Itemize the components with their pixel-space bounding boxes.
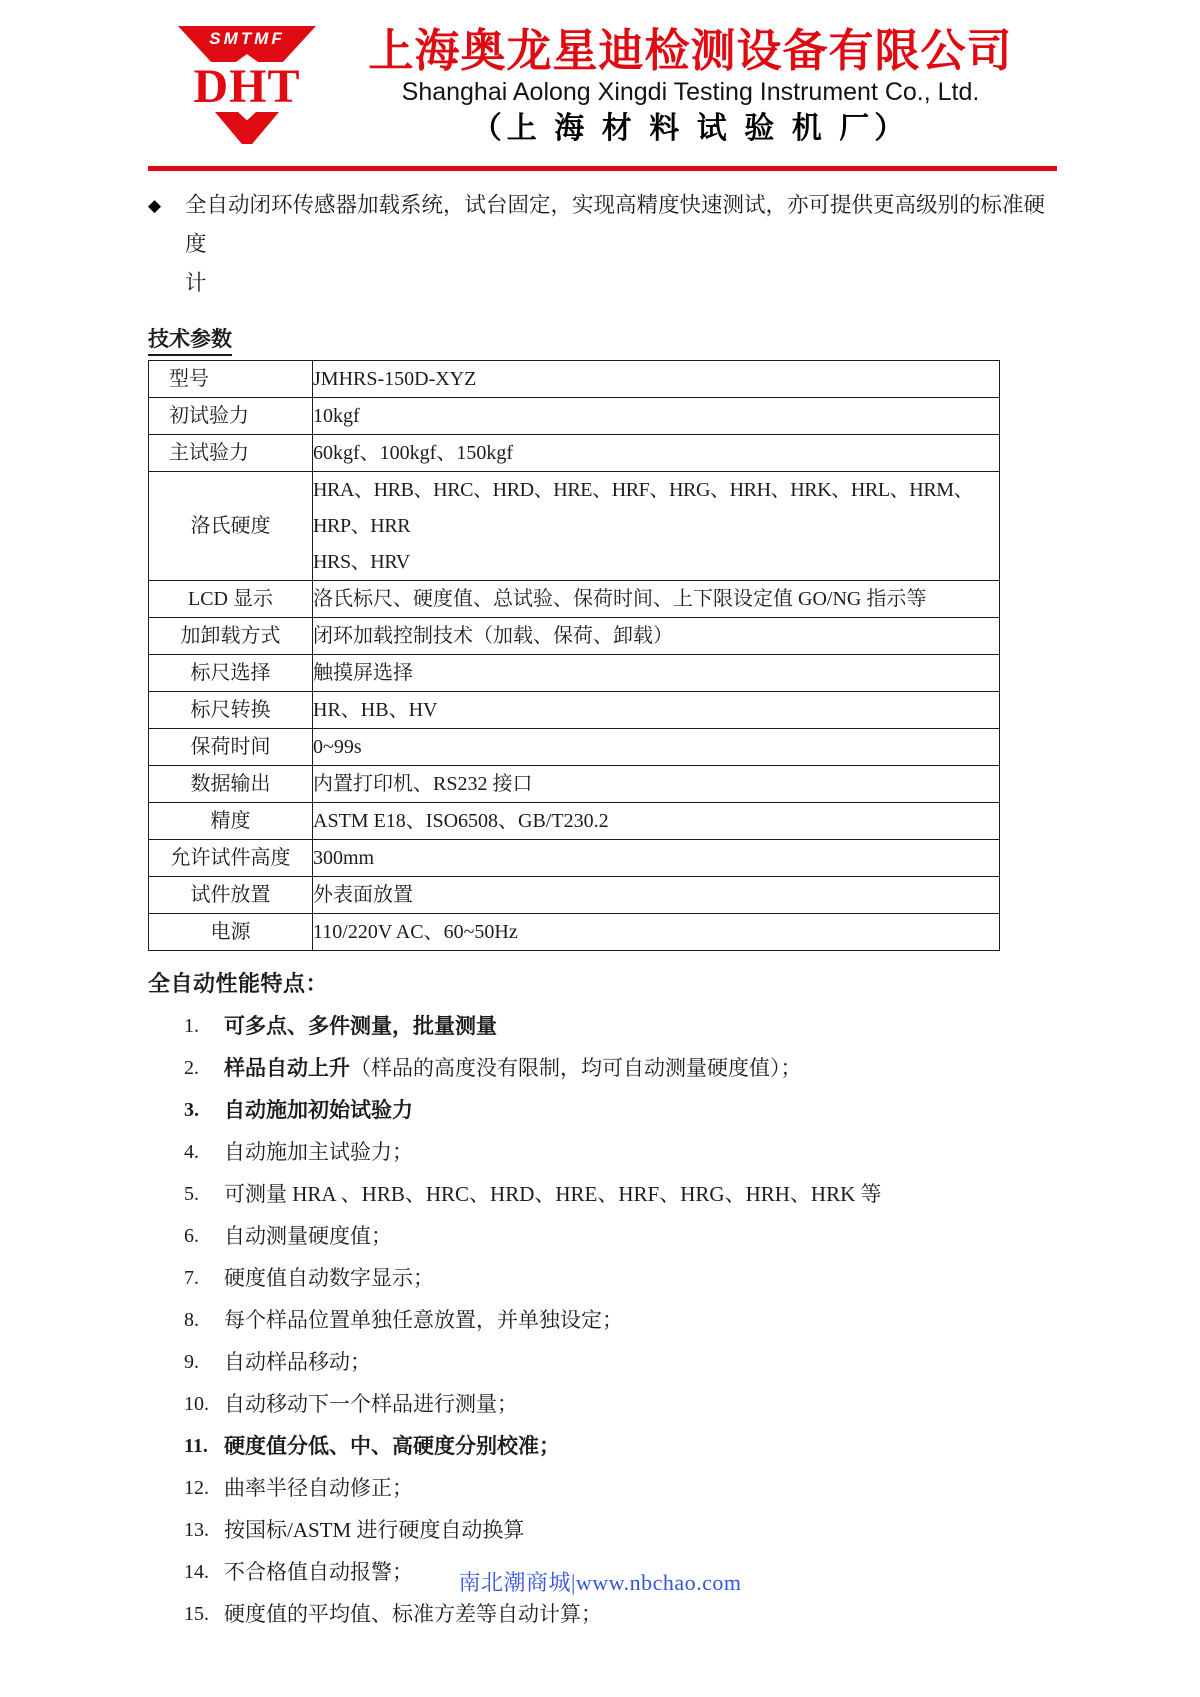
table-row: 电源 110/220V AC、60~50Hz xyxy=(149,914,1000,951)
table-row: 保荷时间 0~99s xyxy=(149,729,1000,766)
list-item: 7. 硬度值自动数字显示； xyxy=(148,1264,1057,1292)
spec-value: 60kgf、100kgf、150kgf xyxy=(313,435,1000,472)
list-item: 9. 自动样品移动； xyxy=(148,1348,1057,1376)
spec-label: 试件放置 xyxy=(149,877,313,914)
spec-value: 10kgf xyxy=(313,398,1000,435)
spec-label: 精度 xyxy=(149,803,313,840)
spec-value: 内置打印机、RS232 接口 xyxy=(313,766,1000,803)
table-row: 初试验力 10kgf xyxy=(149,398,1000,435)
table-row: 标尺选择 触摸屏选择 xyxy=(149,655,1000,692)
item-number: 2. xyxy=(184,1054,224,1082)
list-item: 13. 按国标/ASTM 进行硬度自动换算 xyxy=(148,1516,1057,1544)
spec-label: 标尺选择 xyxy=(149,655,313,692)
item-number: 8. xyxy=(184,1306,224,1334)
list-item: 1. 可多点、多件测量，批量测量 xyxy=(148,1012,1057,1040)
table-row: 型号 JMHRS-150D-XYZ xyxy=(149,361,1000,398)
item-number: 13. xyxy=(184,1516,224,1544)
logo-dht-text: DHT xyxy=(193,62,300,112)
item-text: 可测量 HRA 、HRB、HRC、HRD、HRE、HRF、HRG、HRH、HRK… xyxy=(224,1180,882,1208)
header-divider-rule xyxy=(148,166,1057,171)
list-item: 15. 硬度值的平均值、标准方差等自动计算； xyxy=(148,1600,1057,1628)
list-item: 10. 自动移动下一个样品进行测量； xyxy=(148,1390,1057,1418)
table-row: 加卸载方式 闭环加载控制技术（加载、保荷、卸载） xyxy=(149,618,1000,655)
item-number: 6. xyxy=(184,1222,224,1250)
features-heading: 全自动性能特点： xyxy=(148,967,1057,998)
spec-label: 数据输出 xyxy=(149,766,313,803)
spec-value: HR、HB、HV xyxy=(313,692,1000,729)
company-header: SMTMF DHT 上海奥龙星迪检测设备有限公司 Shanghai Aolong… xyxy=(148,26,1057,148)
list-item: 4. 自动施加主试验力； xyxy=(148,1138,1057,1166)
item-number: 12. xyxy=(184,1474,224,1502)
item-text: 硬度值自动数字显示； xyxy=(224,1264,434,1292)
item-text: 自动施加初始试验力 xyxy=(224,1096,413,1124)
spec-value: 300mm xyxy=(313,840,1000,877)
list-item: 3. 自动施加初始试验力 xyxy=(148,1096,1057,1124)
item-text: 样品自动上升（样品的高度没有限制，均可自动测量硬度值）； xyxy=(224,1054,802,1082)
spec-label: LCD 显示 xyxy=(149,581,313,618)
logo-arrow-icon xyxy=(215,112,279,144)
list-item: 11. 硬度值分低、中、高硬度分别校准； xyxy=(148,1432,1057,1460)
spec-label: 允许试件高度 xyxy=(149,840,313,877)
item-number: 5. xyxy=(184,1180,224,1208)
spec-label: 标尺转换 xyxy=(149,692,313,729)
spec-label: 电源 xyxy=(149,914,313,951)
item-rest-text: （样品的高度没有限制，均可自动测量硬度值）； xyxy=(350,1056,802,1080)
spec-label: 加卸载方式 xyxy=(149,618,313,655)
spec-value: 触摸屏选择 xyxy=(313,655,1000,692)
spec-value: 0~99s xyxy=(313,729,1000,766)
spec-value: JMHRS-150D-XYZ xyxy=(313,361,1000,398)
table-row: 精度 ASTM E18、ISO6508、GB/T230.2 xyxy=(149,803,1000,840)
item-number: 11. xyxy=(184,1432,224,1460)
table-row: 试件放置 外表面放置 xyxy=(149,877,1000,914)
item-number: 15. xyxy=(184,1600,224,1628)
item-text: 硬度值分低、中、高硬度分别校准； xyxy=(224,1432,560,1460)
footer-site-link[interactable]: 南北潮商城|www.nbchao.com xyxy=(458,1570,741,1595)
spec-sheet-page: { "colors":{"accent_red":"#e00b12","foot… xyxy=(0,0,1200,1697)
item-text: 自动样品移动； xyxy=(224,1348,371,1376)
item-text: 硬度值的平均值、标准方差等自动计算； xyxy=(224,1600,602,1628)
page-footer: 南北潮商城|www.nbchao.com xyxy=(0,1566,1200,1597)
spec-label: 初试验力 xyxy=(149,398,313,435)
list-item: 6. 自动测量硬度值； xyxy=(148,1222,1057,1250)
list-item: 8. 每个样品位置单独任意放置，并单独设定； xyxy=(148,1306,1057,1334)
item-text: 按国标/ASTM 进行硬度自动换算 xyxy=(224,1516,524,1544)
page-content: SMTMF DHT 上海奥龙星迪检测设备有限公司 Shanghai Aolong… xyxy=(148,0,1057,1628)
item-number: 10. xyxy=(184,1390,224,1418)
item-text: 自动测量硬度值； xyxy=(224,1222,392,1250)
list-item: 5. 可测量 HRA 、HRB、HRC、HRD、HRE、HRF、HRG、HRH、… xyxy=(148,1180,1057,1208)
spec-label: 主试验力 xyxy=(149,435,313,472)
item-text: 自动移动下一个样品进行测量； xyxy=(224,1390,518,1418)
item-number: 7. xyxy=(184,1264,224,1292)
item-text: 自动施加主试验力； xyxy=(224,1138,413,1166)
diamond-bullet-icon: ◆ xyxy=(148,186,185,303)
company-logo: SMTMF DHT xyxy=(172,26,322,144)
spec-label: 型号 xyxy=(149,361,313,398)
list-item: 2. 样品自动上升（样品的高度没有限制，均可自动测量硬度值）； xyxy=(148,1054,1057,1082)
logo-smtmf-text: SMTMF xyxy=(209,26,284,52)
item-number: 9. xyxy=(184,1348,224,1376)
item-number: 1. xyxy=(184,1012,224,1040)
spec-value: 外表面放置 xyxy=(313,877,1000,914)
specs-section: 技术参数 xyxy=(148,323,1057,356)
company-name-sub: （上 海 材 料 试 验 机 厂） xyxy=(324,110,1057,148)
spec-label: 洛氏硬度 xyxy=(149,472,313,581)
item-lead-text: 样品自动上升 xyxy=(224,1056,350,1080)
company-name-cn: 上海奥龙星迪检测设备有限公司 xyxy=(324,26,1057,76)
spec-value: 110/220V AC、60~50Hz xyxy=(313,914,1000,951)
table-row: 洛氏硬度 HRA、HRB、HRC、HRD、HRE、HRF、HRG、HRH、HRK… xyxy=(149,472,1000,581)
company-titles: 上海奥龙星迪检测设备有限公司 Shanghai Aolong Xingdi Te… xyxy=(324,26,1057,148)
table-row: 主试验力 60kgf、100kgf、150kgf xyxy=(149,435,1000,472)
item-text: 曲率半径自动修正； xyxy=(224,1474,413,1502)
specs-table: 型号 JMHRS-150D-XYZ 初试验力 10kgf 主试验力 60kgf、… xyxy=(148,360,1000,951)
table-row: 标尺转换 HR、HB、HV xyxy=(149,692,1000,729)
spec-value: ASTM E18、ISO6508、GB/T230.2 xyxy=(313,803,1000,840)
table-row: 数据输出 内置打印机、RS232 接口 xyxy=(149,766,1000,803)
spec-value: 闭环加载控制技术（加载、保荷、卸载） xyxy=(313,618,1000,655)
specs-heading: 技术参数 xyxy=(148,323,232,356)
table-row: 允许试件高度 300mm xyxy=(149,840,1000,877)
spec-value: HRA、HRB、HRC、HRD、HRE、HRF、HRG、HRH、HRK、HRL、… xyxy=(313,472,1000,581)
logo-trapezoid-icon: SMTMF xyxy=(178,26,316,62)
item-number: 4. xyxy=(184,1138,224,1166)
item-text: 每个样品位置单独任意放置，并单独设定； xyxy=(224,1306,623,1334)
item-text: 可多点、多件测量，批量测量 xyxy=(224,1012,497,1040)
company-name-en: Shanghai Aolong Xingdi Testing Instrumen… xyxy=(324,77,1057,108)
spec-value: 洛氏标尺、硬度值、总试验、保荷时间、上下限设定值 GO/NG 指示等 xyxy=(313,581,1000,618)
spec-label: 保荷时间 xyxy=(149,729,313,766)
intro-bullet-line: ◆ 全自动闭环传感器加载系统，试台固定，实现高精度快速测试，亦可提供更高级别的标… xyxy=(148,186,1057,303)
table-row: LCD 显示 洛氏标尺、硬度值、总试验、保荷时间、上下限设定值 GO/NG 指示… xyxy=(149,581,1000,618)
list-item: 12. 曲率半径自动修正； xyxy=(148,1474,1057,1502)
intro-text: 全自动闭环传感器加载系统，试台固定，实现高精度快速测试，亦可提供更高级别的标准硬… xyxy=(185,186,1057,303)
item-number: 3. xyxy=(184,1096,224,1124)
